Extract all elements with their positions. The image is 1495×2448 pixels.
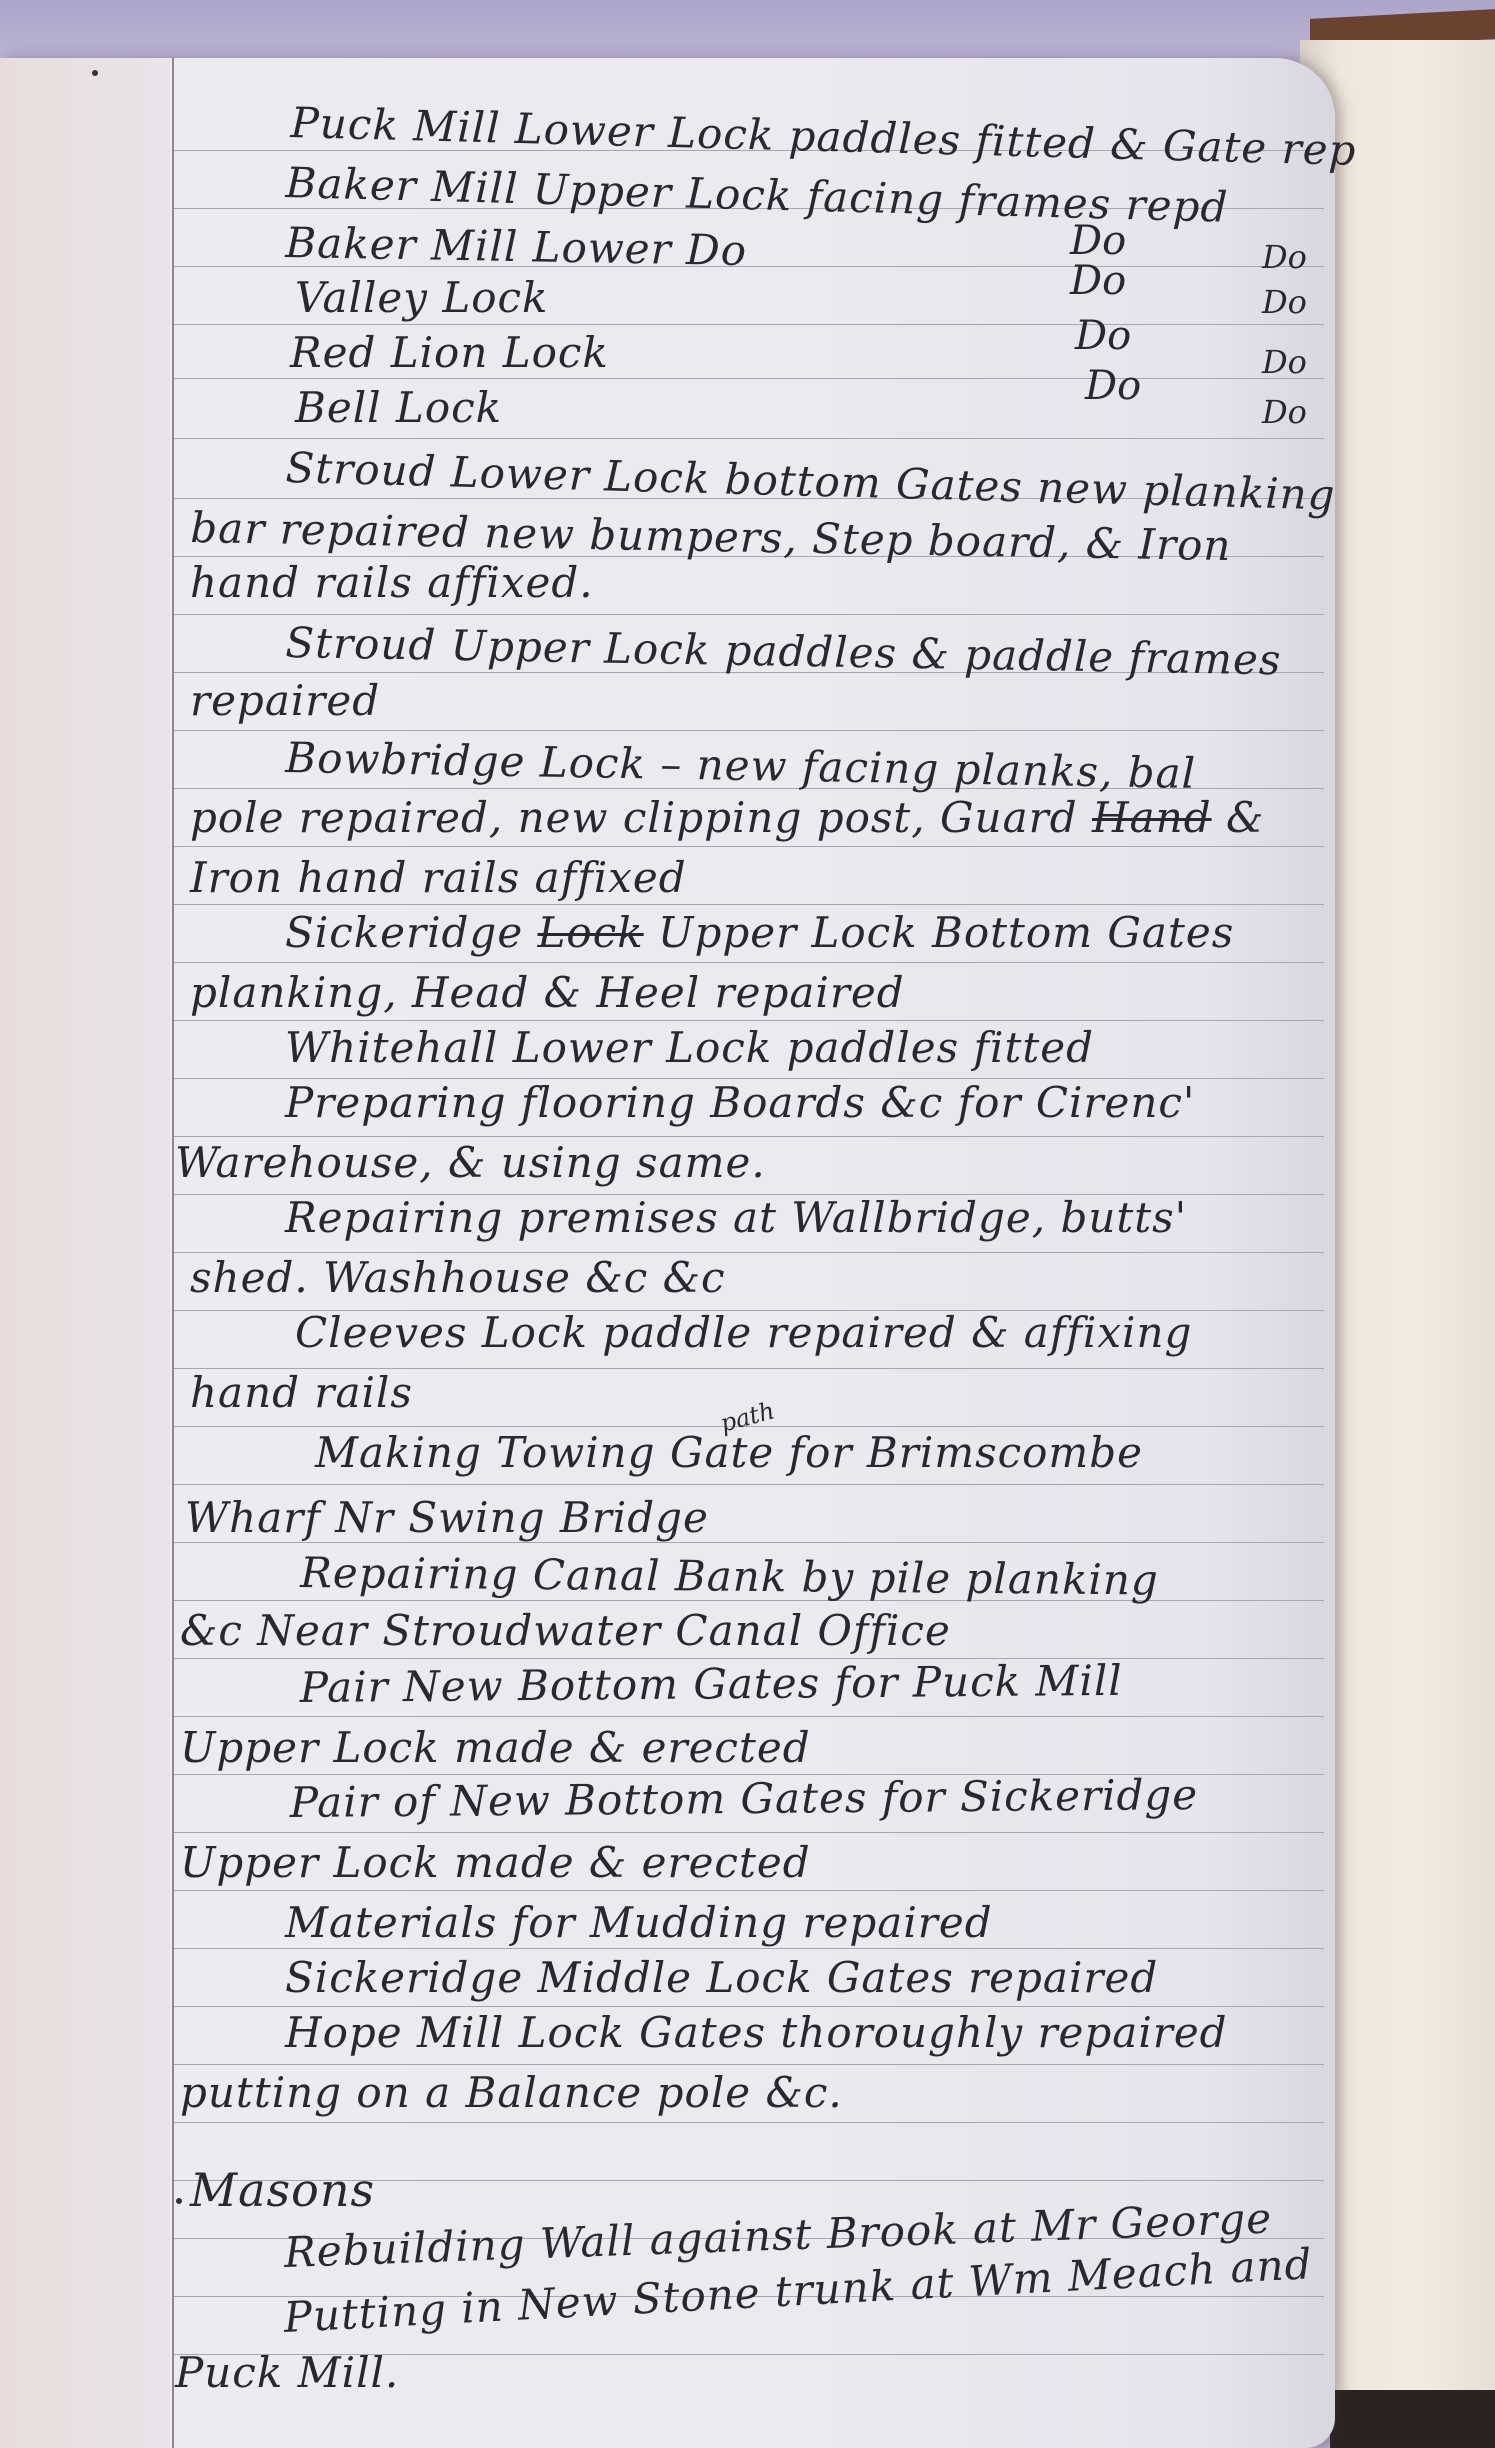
- ruled-line: [174, 1136, 1324, 1137]
- ditto-mark: Do: [1262, 343, 1307, 381]
- entry-line: Pair of New Bottom Gates for Sickeridge: [290, 1770, 1199, 1827]
- ruled-line: [174, 1542, 1324, 1543]
- entry-line: Sickeridge Lock Upper Lock Bottom Gates: [285, 908, 1234, 957]
- ruled-line: [174, 1948, 1324, 1949]
- entry-line: Repairing premises at Wallbridge, butts': [285, 1193, 1187, 1242]
- struck-word: Lock: [538, 908, 644, 957]
- page-left-margin: [0, 58, 170, 2448]
- entry-line: Red Lion Lock: [290, 328, 609, 377]
- entry-text: Gate for Brimscombe: [670, 1428, 1143, 1477]
- ruled-line: [174, 2122, 1324, 2123]
- ruled-line: [174, 730, 1324, 731]
- ruled-line: [174, 438, 1324, 439]
- margin-rule: [172, 58, 174, 2448]
- entry-line: Repairing Canal Bank by pile planking: [300, 1548, 1159, 1604]
- ditto-mark: Do: [1262, 283, 1307, 321]
- entry-line: Sickeridge Middle Lock Gates repaired: [285, 1953, 1158, 2002]
- entry-line: planking, Head & Heel repaired: [190, 968, 905, 1017]
- entry-line: repaired: [190, 676, 380, 725]
- ink-dot: [176, 2198, 182, 2204]
- ruled-line: [174, 1890, 1324, 1891]
- ditto-mark: Do: [1085, 363, 1141, 409]
- entry-line: &c Near Stroudwater Canal Office: [180, 1606, 951, 1655]
- ruled-line: [174, 378, 1324, 379]
- entry-line: shed. Washhouse &c &c: [190, 1253, 726, 1302]
- entry-line: Whitehall Lower Lock paddles fitted: [285, 1023, 1094, 1072]
- entry-line: Bell Lock: [295, 383, 502, 432]
- entry-line: Pair New Bottom Gates for Puck Mill: [300, 1656, 1123, 1712]
- ditto-mark: Do: [1262, 393, 1307, 431]
- entry-line: Puck Mill.: [175, 2348, 399, 2397]
- entry-text: Upper Lock Bottom Gates: [658, 908, 1234, 957]
- entry-line: Baker Mill Lower Do: [285, 218, 747, 275]
- ruled-line: [174, 1020, 1324, 1021]
- entry-line: Upper Lock made & erected: [180, 1838, 811, 1887]
- ruled-line: [174, 324, 1324, 325]
- ruled-line: [174, 2064, 1324, 2065]
- ditto-mark: Do: [1262, 238, 1307, 276]
- ruled-line: [174, 1484, 1324, 1485]
- ruled-line: [174, 904, 1324, 905]
- entry-line: Hope Mill Lock Gates thoroughly repaired: [285, 2008, 1228, 2057]
- ink-dot: [92, 70, 98, 76]
- entry-line: Materials for Mudding repaired: [285, 1898, 993, 1947]
- entry-line: Stroud Upper Lock paddles & paddle frame…: [285, 618, 1282, 684]
- entry-line: Upper Lock made & erected: [180, 1723, 811, 1772]
- ditto-mark: Do: [1070, 258, 1126, 304]
- entry-text: Sickeridge: [285, 908, 523, 957]
- entry-line: Valley Lock: [295, 273, 548, 322]
- entry-line: pole repaired, new clipping post, Guard …: [190, 793, 1264, 842]
- ruled-line: [174, 846, 1324, 847]
- entry-line: Warehouse, & using same.: [175, 1138, 766, 1187]
- entry-line: Wharf Nr Swing Bridge: [185, 1493, 709, 1542]
- entry-line: hand rails affixed.: [190, 558, 594, 607]
- entry-text: Making Towing: [315, 1428, 656, 1477]
- entry-line: hand rails: [190, 1368, 413, 1417]
- ditto-mark: Do: [1075, 313, 1131, 359]
- entry-line: Cleeves Lock paddle repaired & affixing: [295, 1308, 1192, 1357]
- section-heading-masons: Masons: [190, 2163, 375, 2217]
- entry-text: pole repaired, new clipping post, Guard: [190, 793, 1078, 842]
- ruled-line: [174, 962, 1324, 963]
- entry-text: &: [1226, 793, 1264, 842]
- ledger-page: Puck Mill Lower Lock paddles fitted & Ga…: [0, 58, 1335, 2448]
- struck-word: Hand: [1092, 793, 1212, 842]
- entry-line: Iron hand rails affixed: [190, 853, 687, 902]
- ruled-line: [174, 1716, 1324, 1717]
- entry-line: Preparing flooring Boards &c for Cirenc': [285, 1078, 1195, 1127]
- book-shadow: [1330, 2390, 1495, 2448]
- ruled-line: [174, 614, 1324, 615]
- ruled-line: [174, 1832, 1324, 1833]
- entry-line: putting on a Balance pole &c.: [180, 2068, 843, 2117]
- ruled-line: [174, 2006, 1324, 2007]
